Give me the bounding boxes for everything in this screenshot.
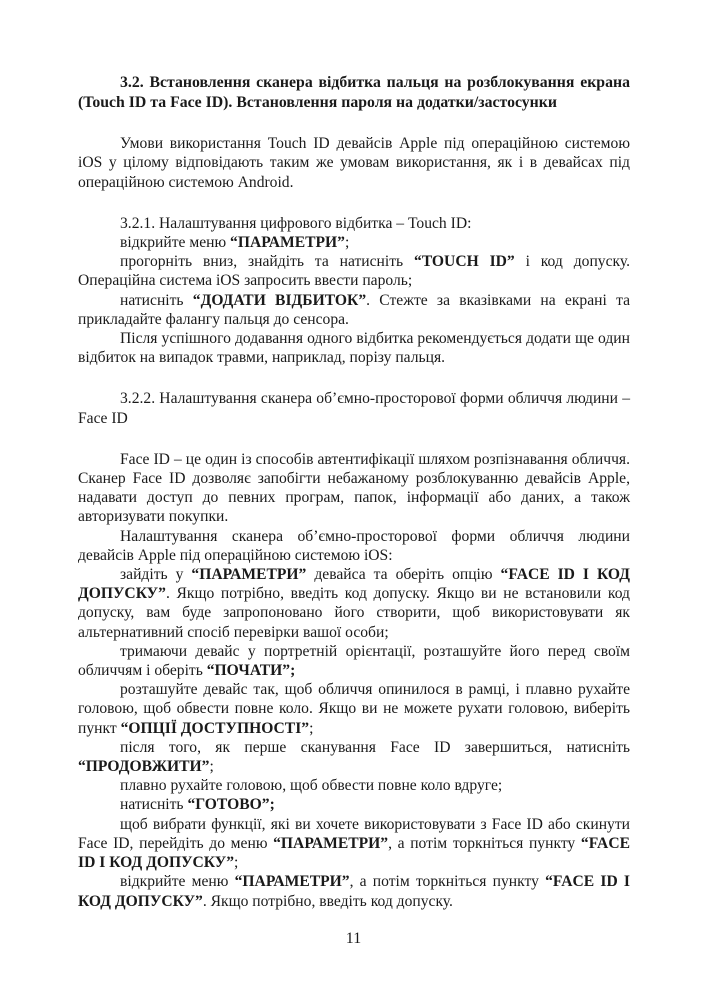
section-heading: 3.2. Встановлення сканера відбитка пальц… [78,73,630,112]
touch-id-step: прогорніть вниз, знайдіть та натисніть “… [78,252,630,290]
touch-id-note: Після успішного додавання одного відбитк… [78,329,630,367]
face-id-step: тримаючи девайс у портретній орієнтації,… [78,642,630,680]
touch-id-subheading: 3.2.1. Налаштування цифрового відбитка –… [78,214,630,233]
document-page: 3.2. Встановлення сканера відбитка пальц… [78,73,630,911]
face-id-step: плавно рухайте головою, щоб обвести повн… [78,776,630,795]
page-number: 11 [0,930,707,948]
touch-id-step: відкрийте меню “ПАРАМЕТРИ”; [78,233,630,252]
face-id-description: Face ID – це один із способів автентифік… [78,450,630,527]
face-id-step: відкрийте меню “ПАРАМЕТРИ”, а потім торк… [78,872,630,910]
face-id-step: щоб вибрати функції, які ви хочете викор… [78,815,630,873]
face-id-step: натисніть “ГОТОВО”; [78,795,630,814]
touch-id-step: натисніть “ДОДАТИ ВІДБИТОК”. Стежте за в… [78,291,630,329]
face-id-subheading: 3.2.2. Налаштування сканера об’ємно-прос… [78,389,630,427]
face-id-setup-intro: Налаштування сканера об’ємно-просторової… [78,527,630,565]
face-id-step: після того, як перше сканування Face ID … [78,738,630,776]
intro-paragraph: Умови використання Touch ID девайсів App… [78,134,630,192]
face-id-step: розташуйте девайс так, щоб обличчя опини… [78,680,630,738]
face-id-step: зайдіть у “ПАРАМЕТРИ” девайса та оберіть… [78,565,630,642]
